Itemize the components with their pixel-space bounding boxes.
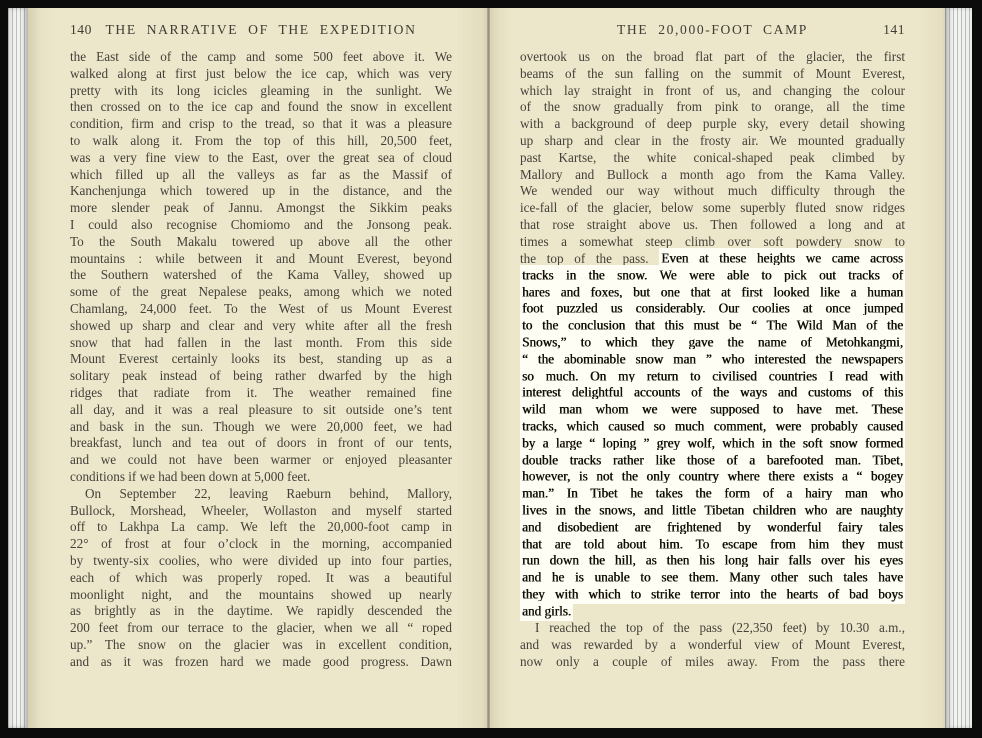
text-line: and we could not have been warmer or enj… xyxy=(70,452,452,469)
text-line: some of the great Nepalese peaks, among … xyxy=(70,284,452,301)
text-line: they with which to strike terror into th… xyxy=(520,587,905,604)
text-line: condition, firm and crisp to the tread, … xyxy=(70,116,452,133)
body-text-segment: and was rewarded by a wonderful view of … xyxy=(520,637,905,652)
body-text-segment: Chamlang, 24,000 feet. To the West of us… xyxy=(70,301,452,316)
body-text-segment: off to Lakhpa La camp. We left the 20,00… xyxy=(70,519,452,534)
body-text-segment: then crossed on to the ice cap and found… xyxy=(70,99,452,114)
text-line: that rose straight above us. Then follow… xyxy=(520,217,905,234)
text-line: off to Lakhpa La camp. We left the 20,00… xyxy=(70,519,452,536)
body-text-segment: now only a couple of miles away. From th… xyxy=(520,654,905,669)
left-header-title: THE NARRATIVE OF THE EXPEDITION xyxy=(70,22,452,38)
body-text-segment: with a background of deep purple sky, ev… xyxy=(520,116,905,131)
text-line: all day, and it was a real pleasure to s… xyxy=(70,402,452,419)
body-text-segment: up sharp and clear in the frosty air. We… xyxy=(520,133,905,148)
body-text-segment: showed up sharp and clear and very white… xyxy=(70,318,452,333)
text-line: was a very fine view to the East, over t… xyxy=(70,150,452,167)
text-line: which filled up all the valleys as far a… xyxy=(70,167,452,184)
highlighted-text: they with which to strike terror into th… xyxy=(520,584,905,604)
text-line: by twenty-six coolies, who were divided … xyxy=(70,553,452,570)
text-line: more slender peak of Jannu. Amongst the … xyxy=(70,200,452,217)
left-running-head: 140 THE NARRATIVE OF THE EXPEDITION xyxy=(70,22,452,42)
text-line: To the South Makalu towered up above all… xyxy=(70,234,452,251)
body-text-segment: times a somewhat steep climb over soft p… xyxy=(520,234,905,249)
body-text-segment: 200 feet from our terrace to the glacier… xyxy=(70,620,452,635)
text-line: and girls. xyxy=(520,603,905,620)
text-line: I could also recognise Chomiomo and the … xyxy=(70,217,452,234)
text-line: the East side of the camp and some 500 f… xyxy=(70,49,452,66)
text-line: and was rewarded by a wonderful view of … xyxy=(520,637,905,654)
book-spread: 140 THE NARRATIVE OF THE EXPEDITION the … xyxy=(8,8,972,728)
right-page: THE 20,000-FOOT CAMP 141 overtook us on … xyxy=(490,8,945,728)
text-line: of the snow gradually from pink to orang… xyxy=(520,99,905,116)
text-line: snow that had fallen in the last month. … xyxy=(70,335,452,352)
body-text-segment: by twenty-six coolies, who were divided … xyxy=(70,553,452,568)
text-line: the Southern watershed of the Kama Valle… xyxy=(70,267,452,284)
text-line: breakfast, lunch and tea out of doors in… xyxy=(70,435,452,452)
body-text-segment: moonlight night, and the mountains showe… xyxy=(70,587,452,602)
body-text-segment: Kanchenjunga which towered up in the dis… xyxy=(70,183,452,198)
body-text-segment: some of the great Nepalese peaks, among … xyxy=(70,284,452,299)
text-line: to walk along it. From the top of this h… xyxy=(70,133,452,150)
body-text-segment: as brightly as in the daytime. We rapidl… xyxy=(70,603,452,618)
right-page-body: overtook us on the broad flat part of th… xyxy=(520,49,905,670)
right-header-title: THE 20,000-FOOT CAMP xyxy=(520,22,905,38)
text-line: Bullock, Morshead, Wheeler, Wollaston an… xyxy=(70,503,452,520)
body-text-segment: which filled up all the valleys as far a… xyxy=(70,167,452,182)
body-text-segment: that rose straight above us. Then follow… xyxy=(520,217,905,232)
text-line: each of which was properly roped. It was… xyxy=(70,570,452,587)
body-text-segment: To the South Makalu towered up above all… xyxy=(70,234,452,249)
left-page-stack-edge xyxy=(8,8,28,728)
body-text-segment: breakfast, lunch and tea out of doors in… xyxy=(70,435,452,450)
text-line: moonlight night, and the mountains showe… xyxy=(70,587,452,604)
text-line: Chamlang, 24,000 feet. To the West of us… xyxy=(70,301,452,318)
text-line: walked along at first just below the ice… xyxy=(70,66,452,83)
body-text-segment: to walk along it. From the top of this h… xyxy=(70,133,452,148)
text-line: with a background of deep purple sky, ev… xyxy=(520,116,905,133)
text-line: showed up sharp and clear and very white… xyxy=(70,318,452,335)
text-line: I reached the top of the pass (22,350 fe… xyxy=(520,620,905,637)
text-line: Mount Everest certainly looks its best, … xyxy=(70,351,452,368)
text-line: up.” The snow on the glacier was in exce… xyxy=(70,637,452,654)
body-text-segment: all day, and it was a real pleasure to s… xyxy=(70,402,452,417)
body-text-segment: We wended our way without much difficult… xyxy=(520,183,905,198)
body-text-segment: On September 22, leaving Raeburn behind,… xyxy=(85,486,452,501)
text-line: as brightly as in the daytime. We rapidl… xyxy=(70,603,452,620)
left-page-body: the East side of the camp and some 500 f… xyxy=(70,49,452,670)
text-line: and as it was frozen hard we made good p… xyxy=(70,654,452,671)
text-line: 200 feet from our terrace to the glacier… xyxy=(70,620,452,637)
text-line: past Kartse, the white conical-shaped pe… xyxy=(520,150,905,167)
right-page-number: 141 xyxy=(883,22,905,38)
text-line: overtook us on the broad flat part of th… xyxy=(520,49,905,66)
left-page-number: 140 xyxy=(70,22,92,38)
text-line: On September 22, leaving Raeburn behind,… xyxy=(70,486,452,503)
body-text-segment: I could also recognise Chomiomo and the … xyxy=(70,217,452,232)
body-text-segment: solitary peak instead of being rather dw… xyxy=(70,368,452,383)
body-text-segment: Mallory and Bullock a month ago from the… xyxy=(520,167,905,182)
right-page-stack-edge xyxy=(945,8,972,728)
body-text-segment: more slender peak of Jannu. Amongst the … xyxy=(70,200,452,215)
text-line: and bask in the sun. Though we were 20,0… xyxy=(70,419,452,436)
body-text-segment: and bask in the sun. Though we were 20,0… xyxy=(70,419,452,434)
body-text-segment: ice-fall of the glacier, below some supe… xyxy=(520,200,905,215)
body-text-segment: condition, firm and crisp to the tread, … xyxy=(70,116,452,131)
body-text-segment: Mount Everest certainly looks its best, … xyxy=(70,351,452,366)
text-line: now only a couple of miles away. From th… xyxy=(520,654,905,671)
body-text-segment: walked along at first just below the ice… xyxy=(70,66,452,81)
left-page: 140 THE NARRATIVE OF THE EXPEDITION the … xyxy=(28,8,487,728)
body-text-segment: up.” The snow on the glacier was in exce… xyxy=(70,637,452,652)
body-text-segment: ridges that radiate from it. The weather… xyxy=(70,385,452,400)
highlighted-text: and girls. xyxy=(520,601,573,621)
body-text-segment: which lay straight in front of us, and c… xyxy=(520,83,905,98)
body-text-segment: and we could not have been warmer or enj… xyxy=(70,452,452,467)
body-text-segment: the top of the pass. xyxy=(520,251,659,266)
text-line: then crossed on to the ice cap and found… xyxy=(70,99,452,116)
text-line: mountains : while between it and Mount E… xyxy=(70,251,452,268)
body-text-segment: the Southern watershed of the Kama Valle… xyxy=(70,267,452,282)
body-text-segment: mountains : while between it and Mount E… xyxy=(70,251,452,266)
text-line: which lay straight in front of us, and c… xyxy=(520,83,905,100)
body-text-segment: beams of the sun falling on the summit o… xyxy=(520,66,905,81)
body-text-segment: was a very fine view to the East, over t… xyxy=(70,150,452,165)
text-line: up sharp and clear in the frosty air. We… xyxy=(520,133,905,150)
body-text-segment: pretty with its long icicles gleaming in… xyxy=(70,83,452,98)
text-line: beams of the sun falling on the summit o… xyxy=(520,66,905,83)
body-text-segment: I reached the top of the pass (22,350 fe… xyxy=(535,620,905,635)
text-line: conditions if we had been down at 5,000 … xyxy=(70,469,452,486)
text-line: 22° of frost at four o’clock in the morn… xyxy=(70,536,452,553)
text-line: We wended our way without much difficult… xyxy=(520,183,905,200)
body-text-segment: 22° of frost at four o’clock in the morn… xyxy=(70,536,452,551)
body-text-segment: the East side of the camp and some 500 f… xyxy=(70,49,452,64)
body-text-segment: conditions if we had been down at 5,000 … xyxy=(70,469,310,484)
text-line: pretty with its long icicles gleaming in… xyxy=(70,83,452,100)
body-text-segment: snow that had fallen in the last month. … xyxy=(70,335,452,350)
body-text-segment: past Kartse, the white conical-shaped pe… xyxy=(520,150,905,165)
text-line: Mallory and Bullock a month ago from the… xyxy=(520,167,905,184)
body-text-segment: and as it was frozen hard we made good p… xyxy=(70,654,452,669)
text-line: solitary peak instead of being rather dw… xyxy=(70,368,452,385)
text-line: ridges that radiate from it. The weather… xyxy=(70,385,452,402)
body-text-segment: each of which was properly roped. It was… xyxy=(70,570,452,585)
text-line: Kanchenjunga which towered up in the dis… xyxy=(70,183,452,200)
body-text-segment: overtook us on the broad flat part of th… xyxy=(520,49,905,64)
right-running-head: THE 20,000-FOOT CAMP 141 xyxy=(520,22,905,42)
body-text-segment: of the snow gradually from pink to orang… xyxy=(520,99,905,114)
text-line: ice-fall of the glacier, below some supe… xyxy=(520,200,905,217)
body-text-segment: Bullock, Morshead, Wheeler, Wollaston an… xyxy=(70,503,452,518)
